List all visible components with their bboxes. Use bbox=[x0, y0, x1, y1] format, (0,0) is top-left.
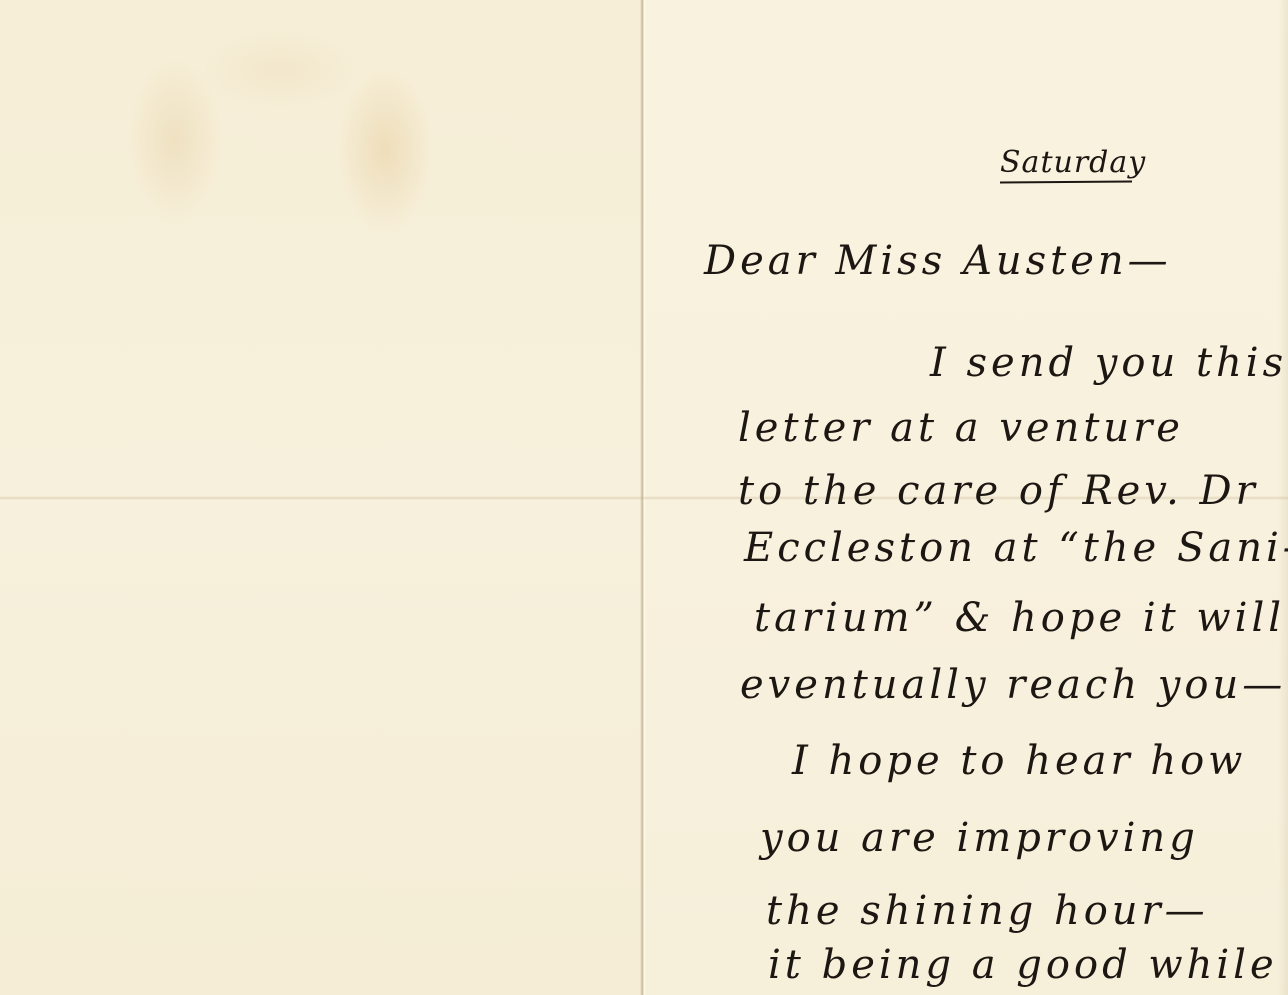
letter-date: Saturday bbox=[1000, 145, 1146, 180]
letter-line-3: to the care of Rev. Dr bbox=[738, 468, 1259, 514]
letter-line-7: I hope to hear how bbox=[792, 738, 1246, 784]
letter-line-10: it being a good while bbox=[768, 942, 1278, 988]
letter-line-9: the shining hour— bbox=[766, 888, 1209, 934]
letter-line-5: tarium” & hope it will bbox=[754, 595, 1285, 641]
letter-line-1: I send you this bbox=[930, 340, 1287, 386]
letter-line-2: letter at a venture bbox=[738, 405, 1184, 451]
salutation: Dear Miss Austen— bbox=[704, 238, 1172, 284]
letter-line-6: eventually reach you— bbox=[740, 662, 1286, 708]
letter-scan: Saturday Dear Miss Austen— I send you th… bbox=[0, 0, 1288, 995]
letter-line-4: Eccleston at “the Sani- bbox=[744, 525, 1288, 571]
letter-line-8: you are improving bbox=[760, 815, 1199, 861]
page-edge bbox=[1278, 0, 1288, 995]
